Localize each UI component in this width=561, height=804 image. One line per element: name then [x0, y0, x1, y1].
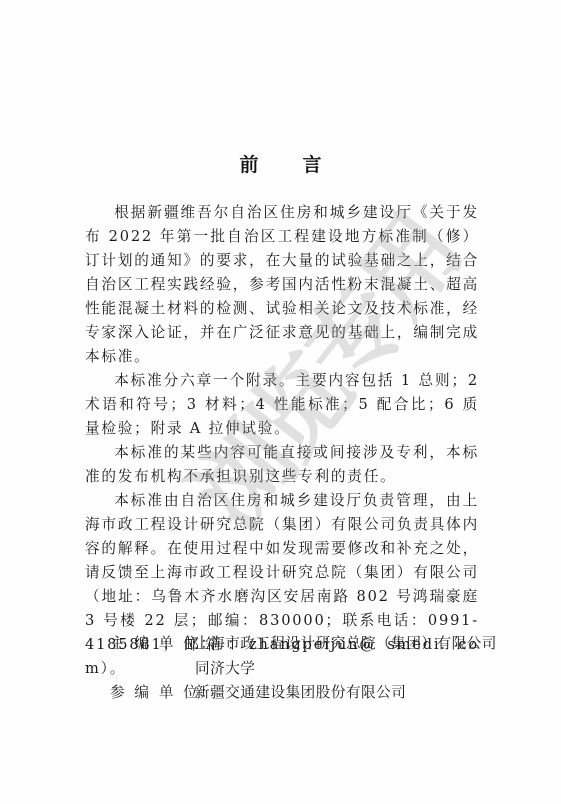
co-editor-label: 参 编 单 位：	[110, 681, 195, 706]
page-title: 前言	[0, 150, 561, 177]
co-editor-unit-1: 新疆交通建设集团股份有限公司	[195, 681, 406, 706]
title-char-2: 言	[303, 150, 322, 177]
paragraph-contents: 本标准分六章一个附录。主要内容包括 1 总则；2 术语和符号；3 材料；4 性能…	[85, 369, 479, 441]
chief-editor-label: 主 编 单 位：	[110, 632, 195, 681]
chief-editor-row: 主 编 单 位： 上海市政工程设计研究总院（集团）有限公司 同济大学	[110, 632, 497, 681]
document-page: 前言 根据新疆维吾尔自治区住房和城乡建设厅《关于发布 2022 年第一批自治区工…	[0, 0, 561, 804]
preface-body: 根据新疆维吾尔自治区住房和城乡建设厅《关于发布 2022 年第一批自治区工程建设…	[85, 201, 479, 681]
paragraph-basis: 根据新疆维吾尔自治区住房和城乡建设厅《关于发布 2022 年第一批自治区工程建设…	[85, 201, 479, 369]
chief-editor-unit-2: 同济大学	[195, 657, 497, 682]
paragraph-patent: 本标准的某些内容可能直接或间接涉及专利，本标准的发布机构不承担识别这些专利的责任…	[85, 441, 479, 489]
co-editor-row: 参 编 单 位： 新疆交通建设集团股份有限公司	[110, 681, 497, 706]
chief-editor-unit-1: 上海市政工程设计研究总院（集团）有限公司	[195, 632, 497, 657]
title-char-1: 前	[239, 150, 258, 177]
credits-block: 主 编 单 位： 上海市政工程设计研究总院（集团）有限公司 同济大学 参 编 单…	[110, 632, 497, 706]
